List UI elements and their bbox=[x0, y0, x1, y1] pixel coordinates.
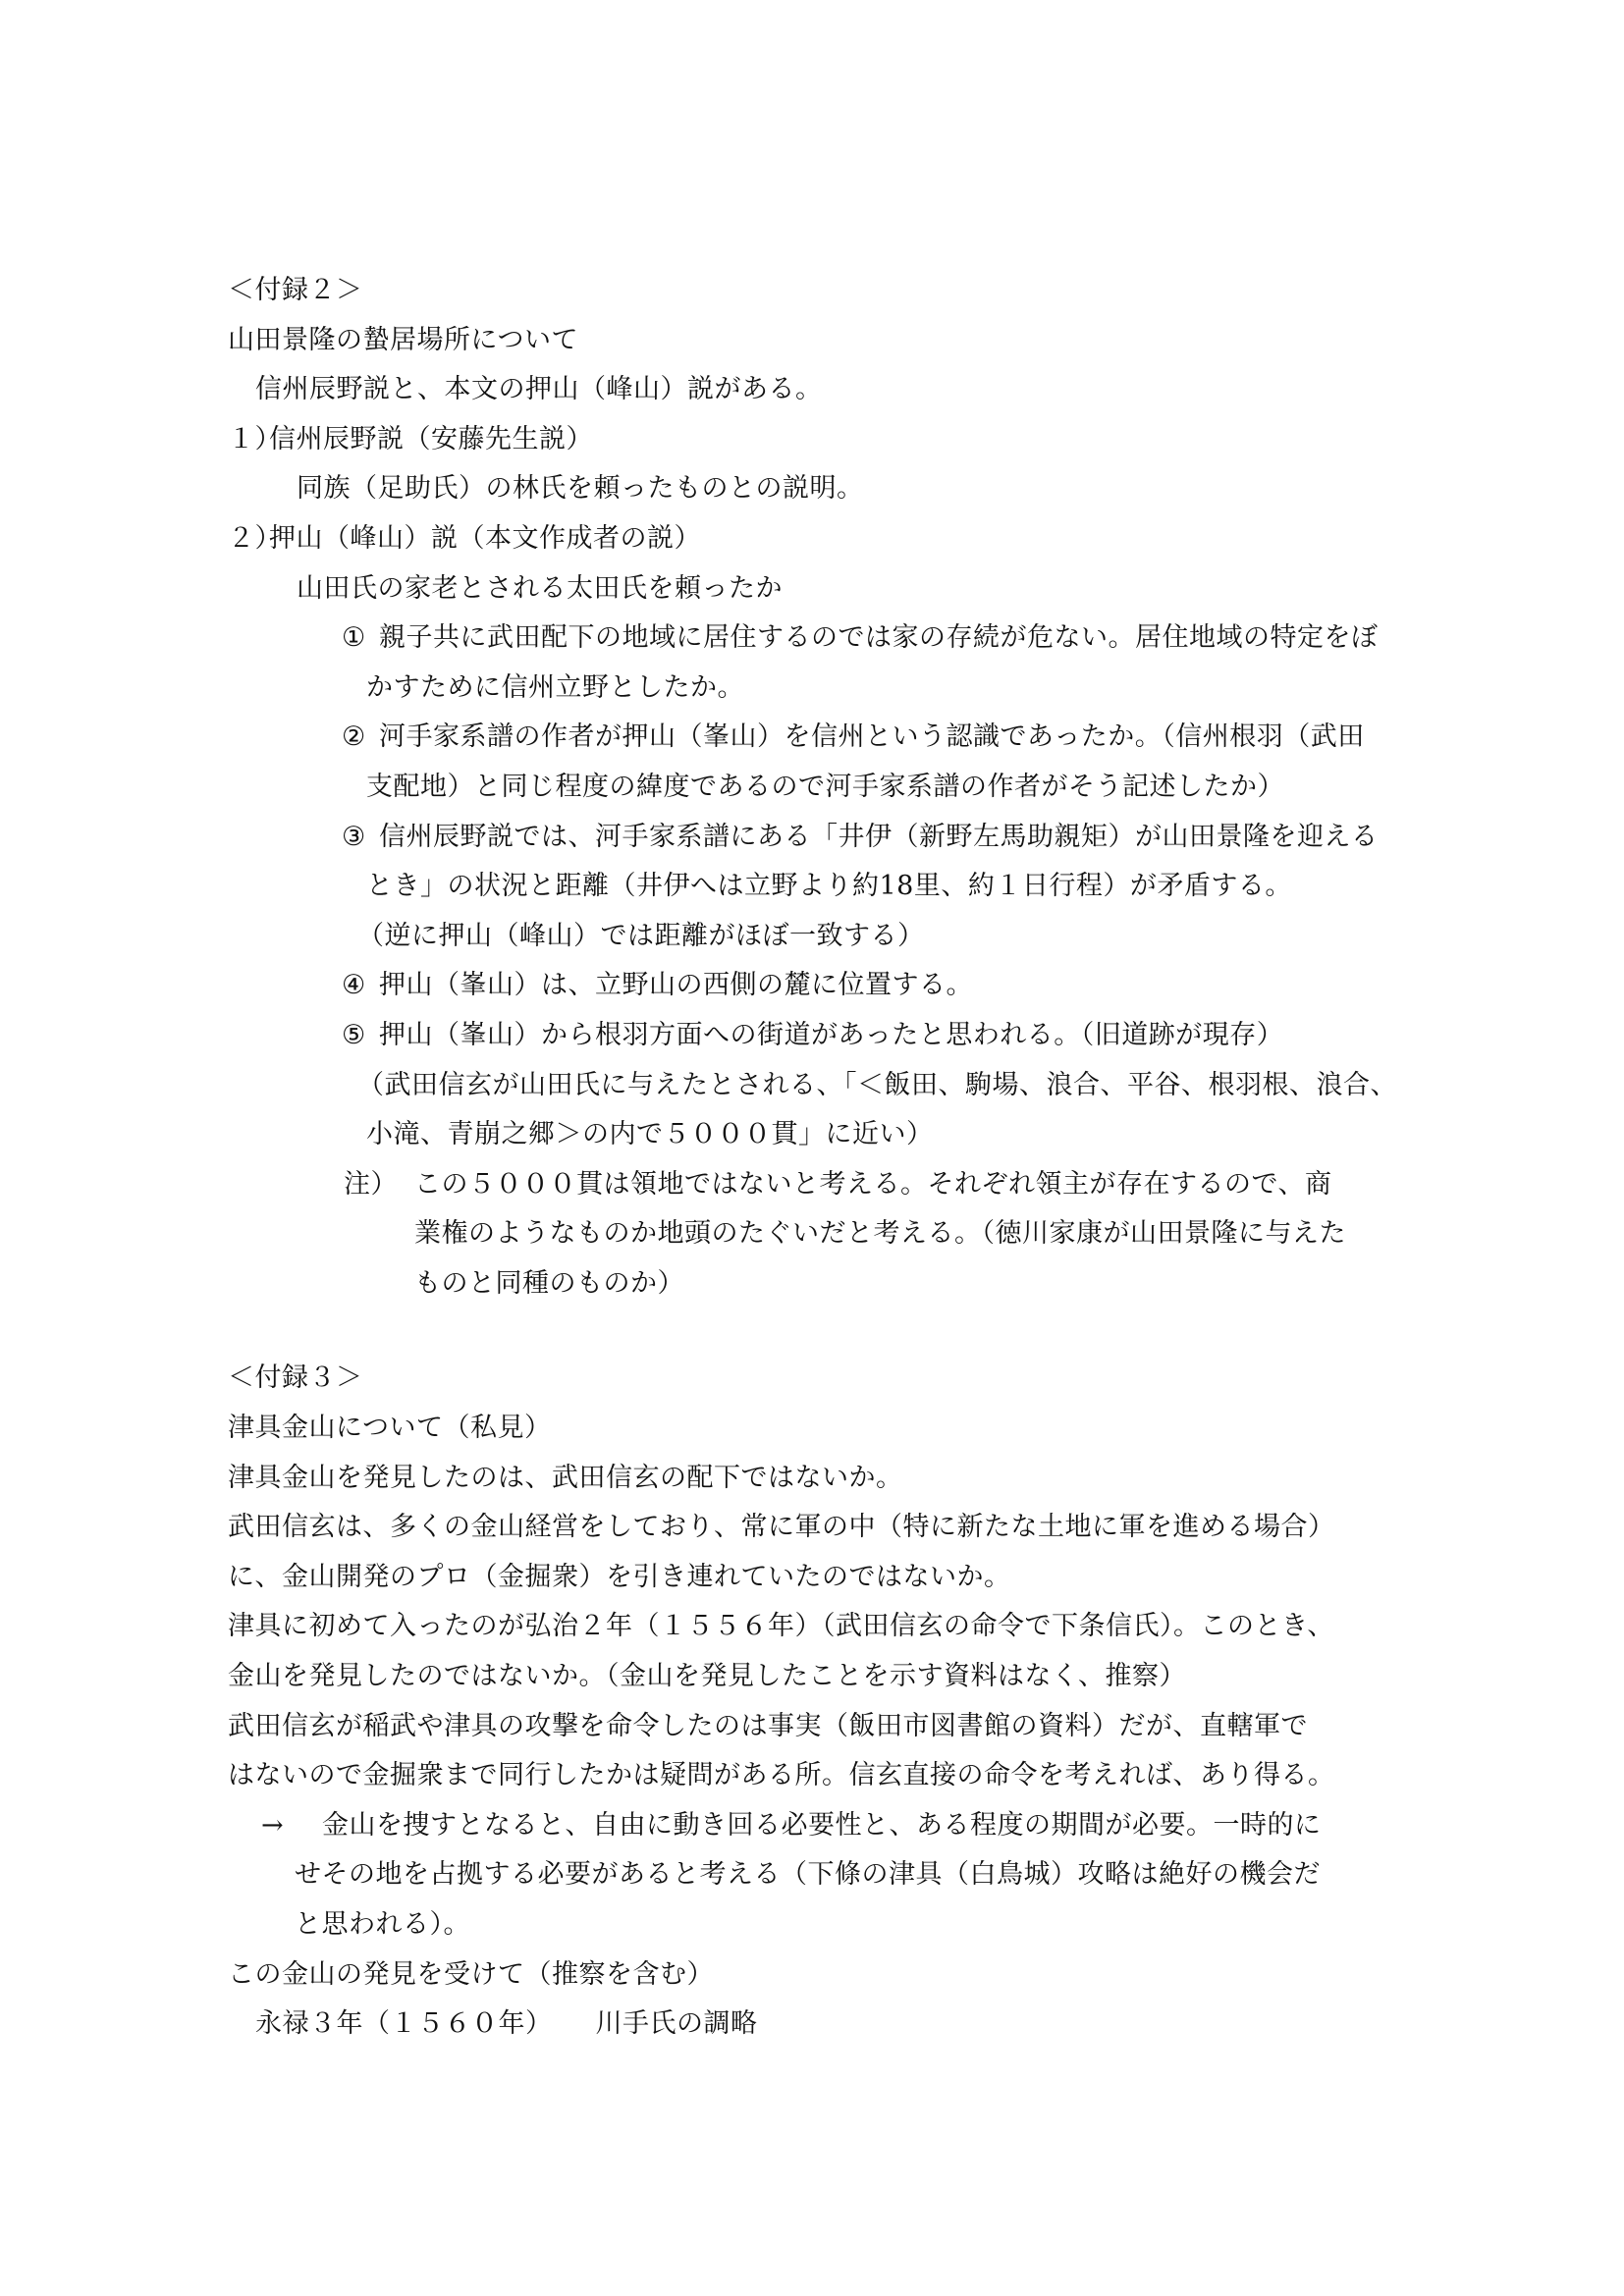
point-4: ④押山（峯山）は、立野山の西側の麓に位置する。 bbox=[228, 972, 1406, 998]
appendix-2-intro: 信州辰野説と、本文の押山（峰山）説がある。 bbox=[228, 376, 1406, 402]
note: 注）この５０００貫は領地ではないと考える。それぞれ領主が存在するので、商 bbox=[228, 1171, 1406, 1198]
theory-2-number: ２） bbox=[228, 525, 269, 552]
theory-2-label: 押山（峰山）説（本文作成者の説） bbox=[269, 523, 701, 554]
point-2-line-1: 河手家系譜の作者が押山（峯山）を信州という認識であったか。（信州根羽（武田 bbox=[379, 721, 1365, 752]
theory-2-explanation: 山田氏の家老とされる太田氏を頼ったか bbox=[228, 575, 1406, 602]
appendix-3-paragraph-3: に、金山開発のプロ（金掘衆）を引き連れていたのではないか。 bbox=[228, 1564, 1406, 1590]
note-line-1: この５０００貫は領地ではないと考える。それぞれ領主が存在するので、商 bbox=[414, 1169, 1331, 1200]
point-5: ⑤押山（峯山）から根羽方面への街道があったと思われる。（旧道跡が現存） bbox=[228, 1022, 1406, 1048]
point-5-line-1: 押山（峯山）から根羽方面への街道があったと思われる。（旧道跡が現存） bbox=[379, 1020, 1283, 1050]
theory-1-heading: １）信州辰野説（安藤先生説） bbox=[228, 426, 1406, 453]
theory-1-number: １） bbox=[228, 426, 269, 453]
appendix-3-paragraph-1: 津具金山を発見したのは、武田信玄の配下ではないか。 bbox=[228, 1465, 1406, 1491]
arrow-note-line-2: せその地を占拠する必要があると考える（下條の津具（白鳥城）攻略は絶好の機会だ bbox=[228, 1861, 1406, 1888]
theory-1-explanation: 同族（足助氏）の林氏を頼ったものとの説明。 bbox=[228, 475, 1406, 502]
point-3: ③信州辰野説では、河手家系譜にある「井伊（新野左馬助親矩）が山田景隆を迎える bbox=[228, 824, 1406, 850]
appendix-3-paragraph-6: 武田信玄が稲武や津具の攻撃を命令したのは事実（飯田市図書館の資料）だが、直轄軍で bbox=[228, 1713, 1406, 1739]
arrow-note: →金山を捜すとなると、自由に動き回る必要性と、ある程度の期間が必要。一時的に bbox=[228, 1812, 1406, 1839]
point-5-line-2: （武田信玄が山田氏に与えたとされる、「＜飯田、駒場、浪合、平谷、根羽根、浪合、 bbox=[228, 1072, 1406, 1098]
point-4-line-1: 押山（峯山）は、立野山の西側の麓に位置する。 bbox=[379, 970, 973, 1000]
following-heading: この金山の発見を受けて（推察を含む） bbox=[228, 1961, 1406, 1988]
timeline-event: 川手氏の調略 bbox=[596, 2008, 758, 2039]
point-3-line-1: 信州辰野説では、河手家系譜にある「井伊（新野左馬助親矩）が山田景隆を迎える bbox=[379, 822, 1379, 852]
appendix-2-title: 山田景隆の蟄居場所について bbox=[228, 327, 1406, 353]
point-2-line-2: 支配地）と同じ程度の緯度であるので河手家系譜の作者がそう記述したか） bbox=[228, 774, 1406, 800]
point-1-line-1: 親子共に武田配下の地域に居住するのでは家の存続が危ない。居住地域の特定をぼ bbox=[379, 622, 1379, 653]
point-2-marker: ② bbox=[342, 723, 379, 750]
section-spacer bbox=[228, 1319, 1406, 1364]
arrow-right-icon: → bbox=[261, 1812, 322, 1839]
point-1-line-2: かすために信州立野としたか。 bbox=[228, 674, 1406, 701]
timeline-date: 永禄３年（１５６０年） bbox=[255, 2008, 553, 2039]
note-line-2: 業権のようなものか地頭のたぐいだと考える。（徳川家康が山田景隆に与えた bbox=[228, 1220, 1406, 1247]
point-3-marker: ③ bbox=[342, 824, 379, 850]
arrow-note-line-1: 金山を捜すとなると、自由に動き回る必要性と、ある程度の期間が必要。一時的に bbox=[322, 1810, 1322, 1841]
point-2: ②河手家系譜の作者が押山（峯山）を信州という認識であったか。（信州根羽（武田 bbox=[228, 723, 1406, 750]
appendix-3-paragraph-4: 津具に初めて入ったのが弘治２年（１５５６年）（武田信玄の命令で下条信氏）。このと… bbox=[228, 1613, 1406, 1639]
note-marker: 注） bbox=[344, 1171, 414, 1198]
point-1: ①親子共に武田配下の地域に居住するのでは家の存続が危ない。居住地域の特定をぼ bbox=[228, 624, 1406, 651]
point-4-marker: ④ bbox=[342, 972, 379, 998]
appendix-3-title: 津具金山について（私見） bbox=[228, 1415, 1406, 1441]
point-1-marker: ① bbox=[342, 624, 379, 651]
point-5-marker: ⑤ bbox=[342, 1022, 379, 1048]
appendix-3: ＜付録３＞ 津具金山について（私見） 津具金山を発見したのは、武田信玄の配下では… bbox=[228, 1364, 1406, 2037]
timeline-item: 永禄３年（１５６０年）川手氏の調略 bbox=[228, 2010, 1406, 2037]
point-3-line-2: とき」の状況と距離（井伊へは立野より約18里、約１日行程）が矛盾する。 bbox=[228, 873, 1406, 899]
appendix-3-paragraph-5: 金山を発見したのではないか。（金山を発見したことを示す資料はなく、推察） bbox=[228, 1663, 1406, 1689]
appendix-2-heading: ＜付録２＞ bbox=[228, 277, 1406, 303]
appendix-2: ＜付録２＞ 山田景隆の蟄居場所について 信州辰野説と、本文の押山（峰山）説がある… bbox=[228, 277, 1406, 1297]
arrow-note-line-3: と思われる）。 bbox=[228, 1911, 1406, 1938]
note-line-3: ものと同種のものか） bbox=[228, 1270, 1406, 1297]
theory-1-label: 信州辰野説（安藤先生説） bbox=[269, 424, 593, 454]
theory-2-heading: ２）押山（峰山）説（本文作成者の説） bbox=[228, 525, 1406, 552]
point-3-line-3: （逆に押山（峰山）では距離がほぼ一致する） bbox=[228, 923, 1406, 949]
document-page: ＜付録２＞ 山田景隆の蟄居場所について 信州辰野説と、本文の押山（峰山）説がある… bbox=[228, 277, 1406, 2060]
appendix-3-paragraph-2: 武田信玄は、多くの金山経営をしており、常に軍の中（特に新たな土地に軍を進める場合… bbox=[228, 1514, 1406, 1540]
point-5-line-3: 小滝、青崩之郷＞の内で５０００貫」に近い） bbox=[228, 1121, 1406, 1148]
appendix-3-heading: ＜付録３＞ bbox=[228, 1364, 1406, 1391]
appendix-3-paragraph-7: はないので金掘衆まで同行したかは疑問がある所。信玄直接の命令を考えれば、あり得る… bbox=[228, 1762, 1406, 1789]
